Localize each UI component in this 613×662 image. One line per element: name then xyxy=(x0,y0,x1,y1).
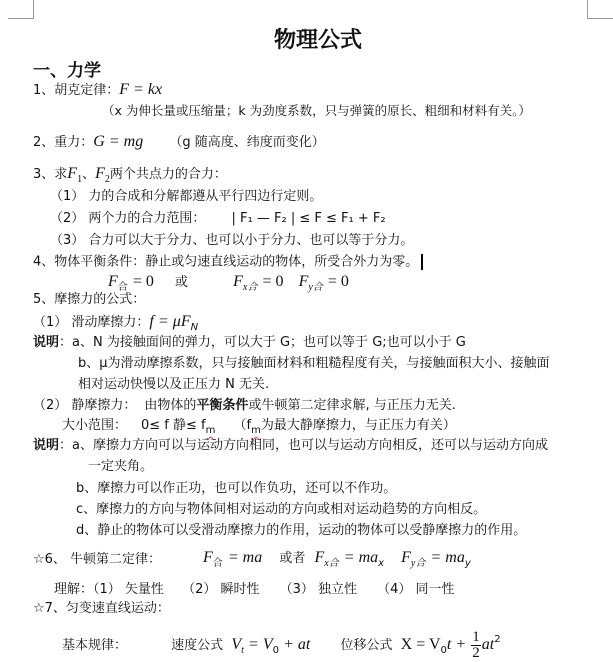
basic-law-line: 基本规律： 速度公式 Vt = V0 + at 位移公式 X = V0t + 1… xyxy=(62,630,501,661)
gravity-note: （g 随高度、纬度而变化） xyxy=(169,135,324,150)
fx-he-formula: Fx合 xyxy=(233,273,257,290)
fraction-one-half: 12 xyxy=(471,630,481,661)
friction-heading: 5、摩擦力的公式： xyxy=(33,292,145,308)
hooke-note: （x 为伸长量或压缩量；k 为劲度系数，只与弹簧的原长、粗细和材料有关。） xyxy=(102,103,531,119)
uniform-accel-label: ☆7、匀变速直线运动： xyxy=(33,601,170,617)
gravity-label: 2、重力： xyxy=(33,135,93,150)
resultant-point-1: （1） 力的合成和分解都遵从平行四边行定则。 xyxy=(50,189,322,205)
f-he-formula: F合 xyxy=(108,273,128,290)
f1-symbol: F1 xyxy=(67,165,82,182)
friction-note2-a1: 说明：a、摩擦力方向可以与运动方向相同，也可以与运动方向相反，还可以与运动方向成 xyxy=(33,438,548,454)
resultant-point-2: （2） 两个力的合力范围： | F₁ — F₂ | ≤ F ≤ F₁ + F₂ xyxy=(50,211,386,227)
friction-note-a: 说明：a、N 为接触面间的弹力，可以大于 G；也可以等于 G;也可以小于 G xyxy=(33,335,466,351)
friction-note2-d: d、静止的物体可以受滑动摩擦力的作用，运动的物体可以受静摩擦力的作用。 xyxy=(76,523,526,539)
resultant-point-3: （3） 合力可以大于分力、也可以小于分力、也可以等于分力。 xyxy=(50,233,413,249)
text-cursor xyxy=(421,254,423,270)
hooke-law-line: 1、胡克定律：F = kx xyxy=(33,82,162,99)
page-corner-top-left xyxy=(8,0,34,19)
static-range-line: 大小范围：0≤ f 静≤ fm （fm为最大静摩擦力，与正压力有关） xyxy=(62,418,456,435)
page-corner-top-right xyxy=(587,0,613,19)
friction-note-b2: 相对运动快慢以及正压力 N 无关. xyxy=(78,377,269,393)
f2-symbol: F2 xyxy=(95,165,110,182)
resultant-label-post: 两个共点力的合力： xyxy=(110,167,227,182)
document-title: 物理公式 xyxy=(274,26,362,54)
sliding-friction-line: （1） 滑动摩擦力：f = μFN xyxy=(33,314,198,332)
gravity-formula: G = mg xyxy=(93,133,143,150)
separator: 、 xyxy=(82,167,95,182)
equilibrium-formulas: F合 = 0 或 Fx合 = 0 Fy合 = 0 xyxy=(108,271,349,294)
section-heading: 一、力学 xyxy=(33,61,101,81)
hooke-label: 1、胡克定律： xyxy=(33,83,119,98)
newton2-understanding: 理解：（1） 矢量性 （2） 瞬时性 （3） 独立性 （4） 同一性 xyxy=(54,582,455,598)
fy-he-formula: Fy合 xyxy=(299,273,323,290)
static-friction-line: （2） 静摩擦力：由物体的平衡条件或牛顿第二定律求解, 与正压力无关. xyxy=(33,398,456,414)
or-text: 或 xyxy=(175,275,188,290)
resultant-heading: 3、求F1、F2两个共点力的合力： xyxy=(33,166,227,184)
resultant-label-pre: 3、求 xyxy=(33,167,67,182)
gravity-line: 2、重力：G = mg （g 随高度、纬度而变化） xyxy=(33,134,325,151)
friction-note-b1: b、μ为滑动摩擦系数，只与接触面材料和粗糙程度有关，与接触面积大小、接触面 xyxy=(78,356,550,372)
note-label: 说明 xyxy=(33,335,59,350)
friction-note2-a2: 一定夹角。 xyxy=(88,459,153,475)
hooke-formula: F = kx xyxy=(119,81,162,98)
friction-note2-c: c、摩擦力的方向与物体间相对运动的方向或相对运动趋势的方向相反。 xyxy=(76,502,486,518)
equilibrium-line: 4、物体平衡条件：静止或匀速直线运动的物体，所受合外力为零。 xyxy=(33,254,423,271)
friction-note2-b: b、摩擦力可以作正功，也可以作负功，还可以不作功。 xyxy=(76,481,396,497)
newton2-label: ☆6、 牛顿第二定律： xyxy=(33,552,161,568)
newton2-formulas: F合 = ma 或者 Fx合 = max Fy合 = may xyxy=(203,547,471,570)
resultant-range-formula: | F₁ — F₂ | ≤ F ≤ F₁ + F₂ xyxy=(232,211,386,226)
